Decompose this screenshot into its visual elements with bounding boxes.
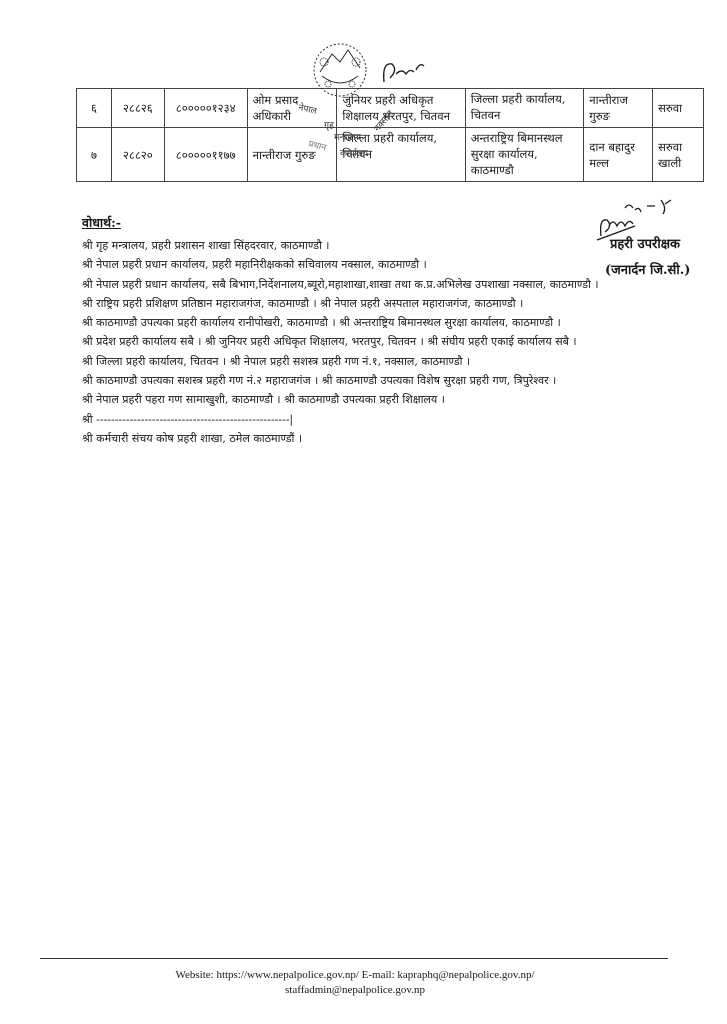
cc-item: श्री गृह मन्त्रालय, प्रहरी प्रशासन शाखा … <box>82 236 642 255</box>
cell-from-office: जुनियर प्रहरी अधिकृत शिक्षालय भरतपुर, चि… <box>337 89 465 128</box>
table-row: ७ २८८२० ८०००००११७७ नान्तीराज गुरुङ जिल्ल… <box>77 128 704 182</box>
stamp-initials-icon <box>378 48 428 88</box>
cell-police-id: २८८२६ <box>111 89 164 128</box>
cc-item: श्री काठमाण्डौ उपत्यका सशस्त्र प्रहरी गण… <box>82 371 642 390</box>
cell-from-office: जिल्ला प्रहरी कार्यालय, चितवन <box>337 128 465 182</box>
footer-divider <box>40 958 668 959</box>
cell-code: ८०००००११७७ <box>164 128 247 182</box>
cc-list: श्री गृह मन्त्रालय, प्रहरी प्रशासन शाखा … <box>82 236 642 448</box>
table-row: ६ २८८२६ ८०००००१२३४ ओम प्रसाद अधिकारी जुन… <box>77 89 704 128</box>
cell-replacement: नान्तीराज गुरुङ <box>584 89 653 128</box>
cc-item: श्री नेपाल प्रहरी प्रधान कार्यालय, प्रहर… <box>82 255 642 274</box>
footer-contact-line: Website: https://www.nepalpolice.gov.np/… <box>100 968 610 983</box>
footer-email-line: staffadmin@nepalpolice.gov.np <box>100 983 610 998</box>
cc-item: श्री -----------------------------------… <box>82 410 642 429</box>
cell-police-id: २८८२० <box>111 128 164 182</box>
cc-item: श्री प्रदेश प्रहरी कार्यालय सबै । श्री ज… <box>82 332 642 351</box>
cc-item: श्री राष्ट्रिय प्रहरी प्रशिक्षण प्रतिष्ठ… <box>82 294 642 313</box>
bodhartha-heading: वोधार्थ:- <box>82 214 121 231</box>
signatory-name: (जनार्दन जि.सी.) <box>605 260 690 278</box>
cell-name: नान्तीराज गुरुङ <box>247 128 337 182</box>
signatory-title: प्रहरी उपरीक्षक <box>610 234 680 252</box>
cc-item: श्री नेपाल प्रहरी प्रधान कार्यालय, सबै ब… <box>82 275 642 294</box>
cell-to-office: जिल्ला प्रहरी कार्यालय, चितवन <box>465 89 584 128</box>
footer: Website: https://www.nepalpolice.gov.np/… <box>100 968 610 998</box>
cc-item: श्री नेपाल प्रहरी पहरा गण सामाखुशी, काठम… <box>82 390 642 409</box>
cell-code: ८०००००१२३४ <box>164 89 247 128</box>
cc-item: श्री काठमाण्डौ उपत्यका प्रहरी कार्यालय र… <box>82 313 642 332</box>
cell-serial: ६ <box>77 89 112 128</box>
cc-item: श्री कर्मचारी संचय कोष प्रहरी शाखा, ठमेल… <box>82 429 642 448</box>
cell-remark: सरुवा <box>653 89 704 128</box>
cell-replacement: दान बहादुर मल्ल <box>584 128 653 182</box>
cell-to-office: अन्तराष्ट्रिय बिमानस्थल सुरक्षा कार्यालय… <box>465 128 584 182</box>
cell-remark: सरुवा खाली <box>653 128 704 182</box>
transfer-table: ६ २८८२६ ८०००००१२३४ ओम प्रसाद अधिकारी जुन… <box>76 88 704 182</box>
cell-serial: ७ <box>77 128 112 182</box>
cc-item: श्री जिल्ला प्रहरी कार्यालय, चितवन । श्र… <box>82 352 642 371</box>
cell-name: ओम प्रसाद अधिकारी <box>247 89 337 128</box>
